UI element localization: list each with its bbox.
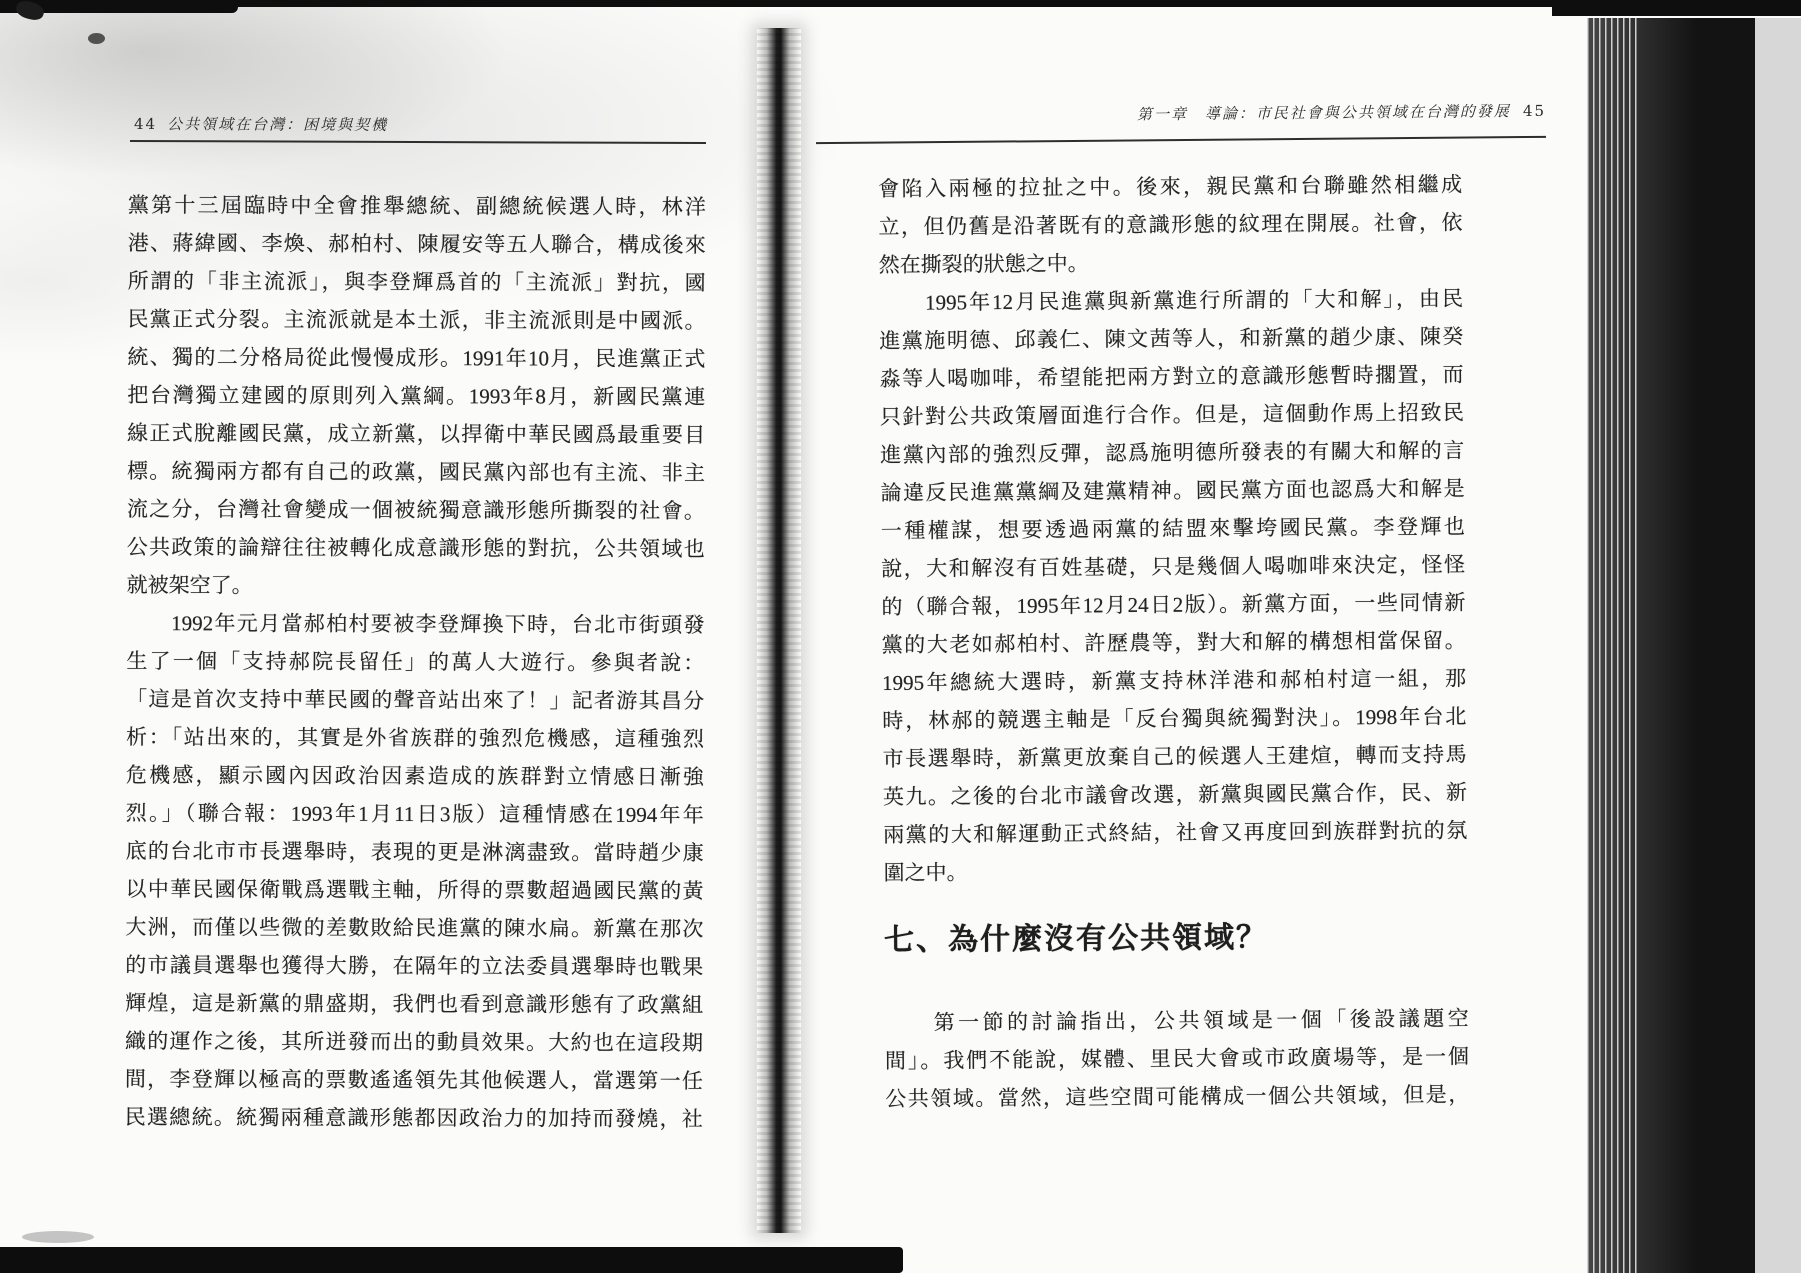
text-line: 析：「站出來的，其實是外省族群的強烈危機感，這種強烈 [126, 718, 704, 758]
text-line: 危機感，顯示國內因政治因素造成的族群對立情感日漸強 [126, 756, 704, 796]
text-line: 1995年12月民進黨與新黨進行所謂的「大和解」，由民 [879, 279, 1463, 322]
text-line: 標。統獨兩方都有自己的政黨，國民黨內部也有主流、非主 [127, 452, 705, 492]
text-line: 圍之中。 [883, 849, 1467, 892]
text-line: 大洲，而僅以些微的差數敗給民進黨的陳水扁。新黨在那次 [125, 908, 703, 948]
text-line: 輝煌，這是新黨的鼎盛期，我們也看到意識形態有了政黨組 [125, 984, 703, 1024]
paragraph: 會陷入兩極的拉扯之中。後來，親民黨和台聯雖然相繼成立，但仍舊是沿著既有的意識形態… [878, 165, 1463, 284]
text-line: 一種權謀，想要透過兩黨的結盟來擊垮國民黨。李登輝也 [881, 507, 1465, 550]
text-line: 間」。我們不能說，媒體、里民大會或市政廣場等，是一個 [885, 1037, 1469, 1080]
text-line: 會陷入兩極的拉扯之中。後來，親民黨和台聯雖然相繼成 [878, 165, 1462, 208]
text-line: 底的台北市市長選舉時，表現的更是淋漓盡致。當時趙少康 [126, 832, 704, 872]
book-spine-shadow [757, 28, 801, 1233]
text-line: 所謂的「非主流派」，與李登輝爲首的「主流派」對抗，國 [128, 262, 706, 302]
text-line: 論違反民進黨黨綱及建黨精神。國民黨方面也認爲大和解是 [880, 469, 1464, 512]
text-line: 1992年元月當郝柏村要被李登輝換下時，台北市街頭發 [126, 604, 704, 644]
right-page-number: 45 [1523, 102, 1546, 120]
text-line: 黨的大老如郝柏村、許歷農等，對大和解的構想相當保留。 [882, 621, 1466, 664]
text-line: 兩黨的大和解運動正式終結，社會又再度回到族群對抗的氛 [883, 811, 1467, 854]
text-line: 說，大和解沒有百姓基礎，只是幾個人喝咖啡來決定，怪怪 [881, 545, 1465, 588]
text-line: 英九。之後的台北市議會改選，新黨與國民黨合作，民、新 [883, 773, 1467, 816]
text-line: 民黨正式分裂。主流派就是本土派，非主流派則是中國派。 [127, 300, 705, 340]
text-line: 織的運作之後，其所迸發而出的動員效果。大約也在這段期 [125, 1022, 703, 1062]
scan-smudge [22, 1231, 94, 1243]
text-line: 民選總統。統獨兩種意識形態都因政治力的加持而發燒，社 [125, 1098, 703, 1138]
text-line: 1995年總統大選時，新黨支持林洋港和郝柏村這一組，那 [882, 659, 1466, 702]
text-line: 的（聯合報，1995年12月24日2版）。新黨方面，一些同情新 [881, 583, 1465, 626]
text-line: 「這是首次支持中華民國的聲音站出來了！」記者游其昌分 [126, 680, 704, 720]
paragraph: 1995年12月民進黨與新黨進行所謂的「大和解」，由民進黨施明德、邱義仁、陳文茜… [879, 279, 1468, 892]
text-line: 淼等人喝咖啡，希望能把兩方對立的意識形態暫時擱置，而 [879, 355, 1463, 398]
text-line: 烈。」（聯合報：1993年1月11日3版）這種情感在1994年年 [126, 794, 704, 834]
text-line: 把台灣獨立建國的原則列入黨綱。1993年8月，新國民黨連 [127, 376, 705, 416]
section-heading: 七、為什麼沒有公共領域？ [884, 913, 1468, 964]
text-line: 港、蔣緯國、李煥、郝柏村、陳履安等五人聯合，構成後來 [128, 224, 706, 264]
text-line: 的市議員選舉也獲得大勝，在隔年的立法委員選舉時也戰果 [125, 946, 703, 986]
right-header-rule [816, 136, 1546, 144]
top-scan-edge [0, 0, 1801, 7]
text-line: 生了一個「支持郝院長留任」的萬人大遊行。參與者說： [126, 642, 704, 682]
paragraph: 1992年元月當郝柏村要被李登輝換下時，台北市街頭發生了一個「支持郝院長留任」的… [125, 604, 705, 1138]
right-page-header: 第一章 導論：市民社會與公共領域在台灣的發展45 [820, 100, 1546, 127]
text-line: 進黨內部的強烈反彈，認爲施明德所發表的有關大和解的言 [880, 431, 1464, 474]
right-running-title: 第一章 導論：市民社會與公共領域在台灣的發展 [1137, 104, 1511, 123]
text-line: 立，但仍舊是沿著既有的意識形態的紋理在開展。社會，依 [878, 203, 1462, 246]
scan-smudge [88, 33, 105, 44]
top-scan-edge-right [1552, 0, 1801, 16]
text-line: 線正式脫離國民黨，成立新黨，以捍衛中華民國爲最重要目 [127, 414, 705, 454]
left-running-title: 公共領域在台灣：困境與契機 [167, 117, 388, 134]
text-line: 統、獨的二分格局從此慢慢成形。1991年10月，民進黨正式 [127, 338, 705, 378]
text-line: 公共政策的論辯往往被轉化成意識形態的對抗，公共領域也 [127, 528, 705, 568]
paragraph: 第一節的討論指出，公共領域是一個「後設議題空間」。我們不能說，媒體、里民大會或市… [885, 999, 1470, 1118]
text-line: 間，李登輝以極高的票數遙遙領先其他候選人，當選第一任 [125, 1060, 703, 1100]
text-line: 以中華民國保衛戰爲選戰主軸，所得的票數超過國民黨的黃 [125, 870, 703, 910]
left-page-body: 黨第十三屆臨時中全會推舉總統、副總統候選人時，林洋港、蔣緯國、李煥、郝柏村、陳履… [125, 186, 706, 1138]
left-page-header: 44公共領域在台灣：困境與契機 [134, 113, 709, 136]
text-line: 市長選舉時，新黨更放棄自己的候選人王建煊，轉而支持馬 [882, 735, 1466, 778]
text-line: 時，林郝的競選主軸是「反台獨與統獨對決」。1998年台北 [882, 697, 1466, 740]
text-line: 第一節的討論指出，公共領域是一個「後設議題空 [885, 999, 1469, 1042]
left-header-rule [130, 140, 706, 144]
text-line: 流之分，台灣社會變成一個被統獨意識形態所撕裂的社會。 [127, 490, 705, 530]
left-page-number: 44 [134, 115, 157, 133]
paragraph: 黨第十三屆臨時中全會推舉總統、副總統候選人時，林洋港、蔣緯國、李煥、郝柏村、陳履… [127, 186, 706, 606]
text-line: 黨第十三屆臨時中全會推舉總統、副總統候選人時，林洋 [128, 186, 706, 226]
text-line: 進黨施明德、邱義仁、陳文茜等人，和新黨的趙少康、陳癸 [879, 317, 1463, 360]
text-line: 公共領域。當然，這些空間可能構成一個公共領域，但是， [885, 1075, 1469, 1118]
right-body-bottom: 第一節的討論指出，公共領域是一個「後設議題空間」。我們不能說，媒體、里民大會或市… [885, 999, 1470, 1118]
page-edge-black-band [1587, 18, 1755, 1273]
text-line: 只針對公共政策層面進行合作。但是，這個動作馬上招致民 [880, 393, 1464, 436]
scanner-bed-margin [1755, 18, 1801, 1273]
text-line: 就被架空了。 [127, 566, 705, 606]
right-body-top: 會陷入兩極的拉扯之中。後來，親民黨和台聯雖然相繼成立，但仍舊是沿著既有的意識形態… [878, 165, 1468, 892]
bottom-scan-edge [0, 1247, 903, 1273]
right-page-body: 會陷入兩極的拉扯之中。後來，親民黨和台聯雖然相繼成立，但仍舊是沿著既有的意識形態… [878, 165, 1469, 1118]
text-line: 然在撕裂的狀態之中。 [879, 241, 1463, 284]
